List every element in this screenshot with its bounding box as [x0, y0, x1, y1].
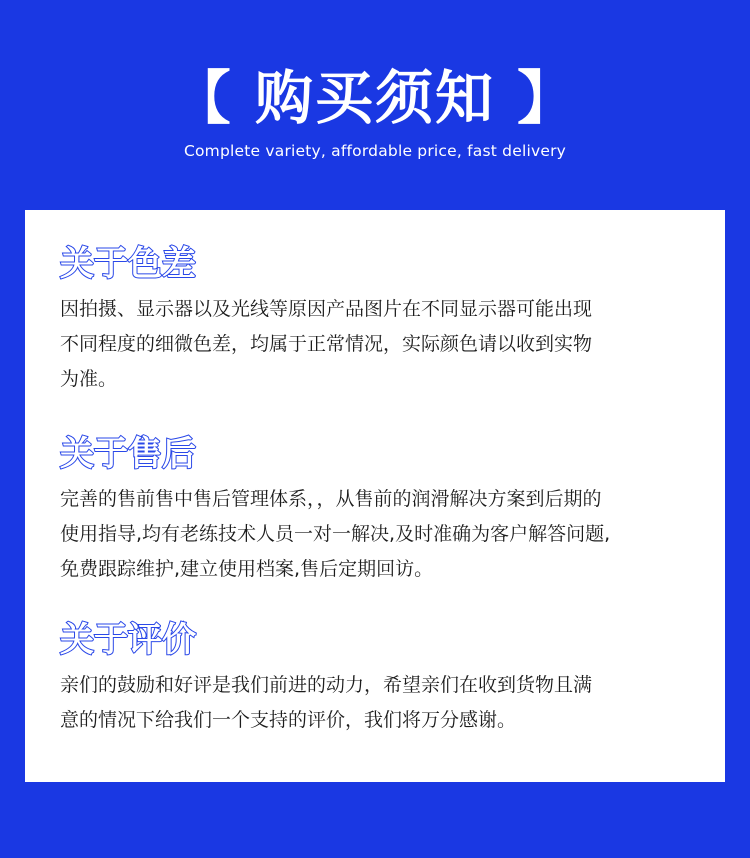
section-after-sales: 关于售后 完善的售前售中售后管理体系，，从售前的润滑解决方案到后期的 使用指导,… — [60, 432, 680, 587]
section-color-difference: 关于色差 因拍摄、显示器以及光线等原因产品图片在不同显示器可能出现 不同程度的细… — [60, 242, 680, 397]
section-body: 因拍摄、显示器以及光线等原因产品图片在不同显示器可能出现 不同程度的细微色差，均… — [60, 292, 680, 397]
body-line: 意的情况下给我们一个支持的评价，我们将万分感谢。 — [60, 703, 680, 738]
section-heading: 关于售后 — [60, 432, 680, 476]
body-line: 免费跟踪维护,建立使用档案,售后定期回访。 — [60, 552, 680, 587]
body-line: 不同程度的细微色差，均属于正常情况，实际颜色请以收到实物 — [60, 327, 680, 362]
section-body: 完善的售前售中售后管理体系，，从售前的润滑解决方案到后期的 使用指导,均有老练技… — [60, 482, 680, 587]
body-line: 为准。 — [60, 362, 680, 397]
body-line: 使用指导,均有老练技术人员一对一解决,及时准确为客户解答问题, — [60, 517, 680, 552]
page-title: 【 购买须知 】 — [0, 58, 750, 138]
section-body: 亲们的鼓励和好评是我们前进的动力，希望亲们在收到货物且满 意的情况下给我们一个支… — [60, 668, 680, 738]
section-reviews: 关于评价 亲们的鼓励和好评是我们前进的动力，希望亲们在收到货物且满 意的情况下给… — [60, 618, 680, 738]
page-subtitle: Complete variety, affordable price, fast… — [0, 140, 750, 162]
body-line: 因拍摄、显示器以及光线等原因产品图片在不同显示器可能出现 — [60, 292, 680, 327]
header: 【 购买须知 】 Complete variety, affordable pr… — [0, 0, 750, 210]
section-heading: 关于色差 — [60, 242, 680, 286]
body-line: 亲们的鼓励和好评是我们前进的动力，希望亲们在收到货物且满 — [60, 668, 680, 703]
notice-card: 关于色差 因拍摄、显示器以及光线等原因产品图片在不同显示器可能出现 不同程度的细… — [25, 210, 725, 782]
body-line: 完善的售前售中售后管理体系，，从售前的润滑解决方案到后期的 — [60, 482, 680, 517]
section-heading: 关于评价 — [60, 618, 680, 662]
